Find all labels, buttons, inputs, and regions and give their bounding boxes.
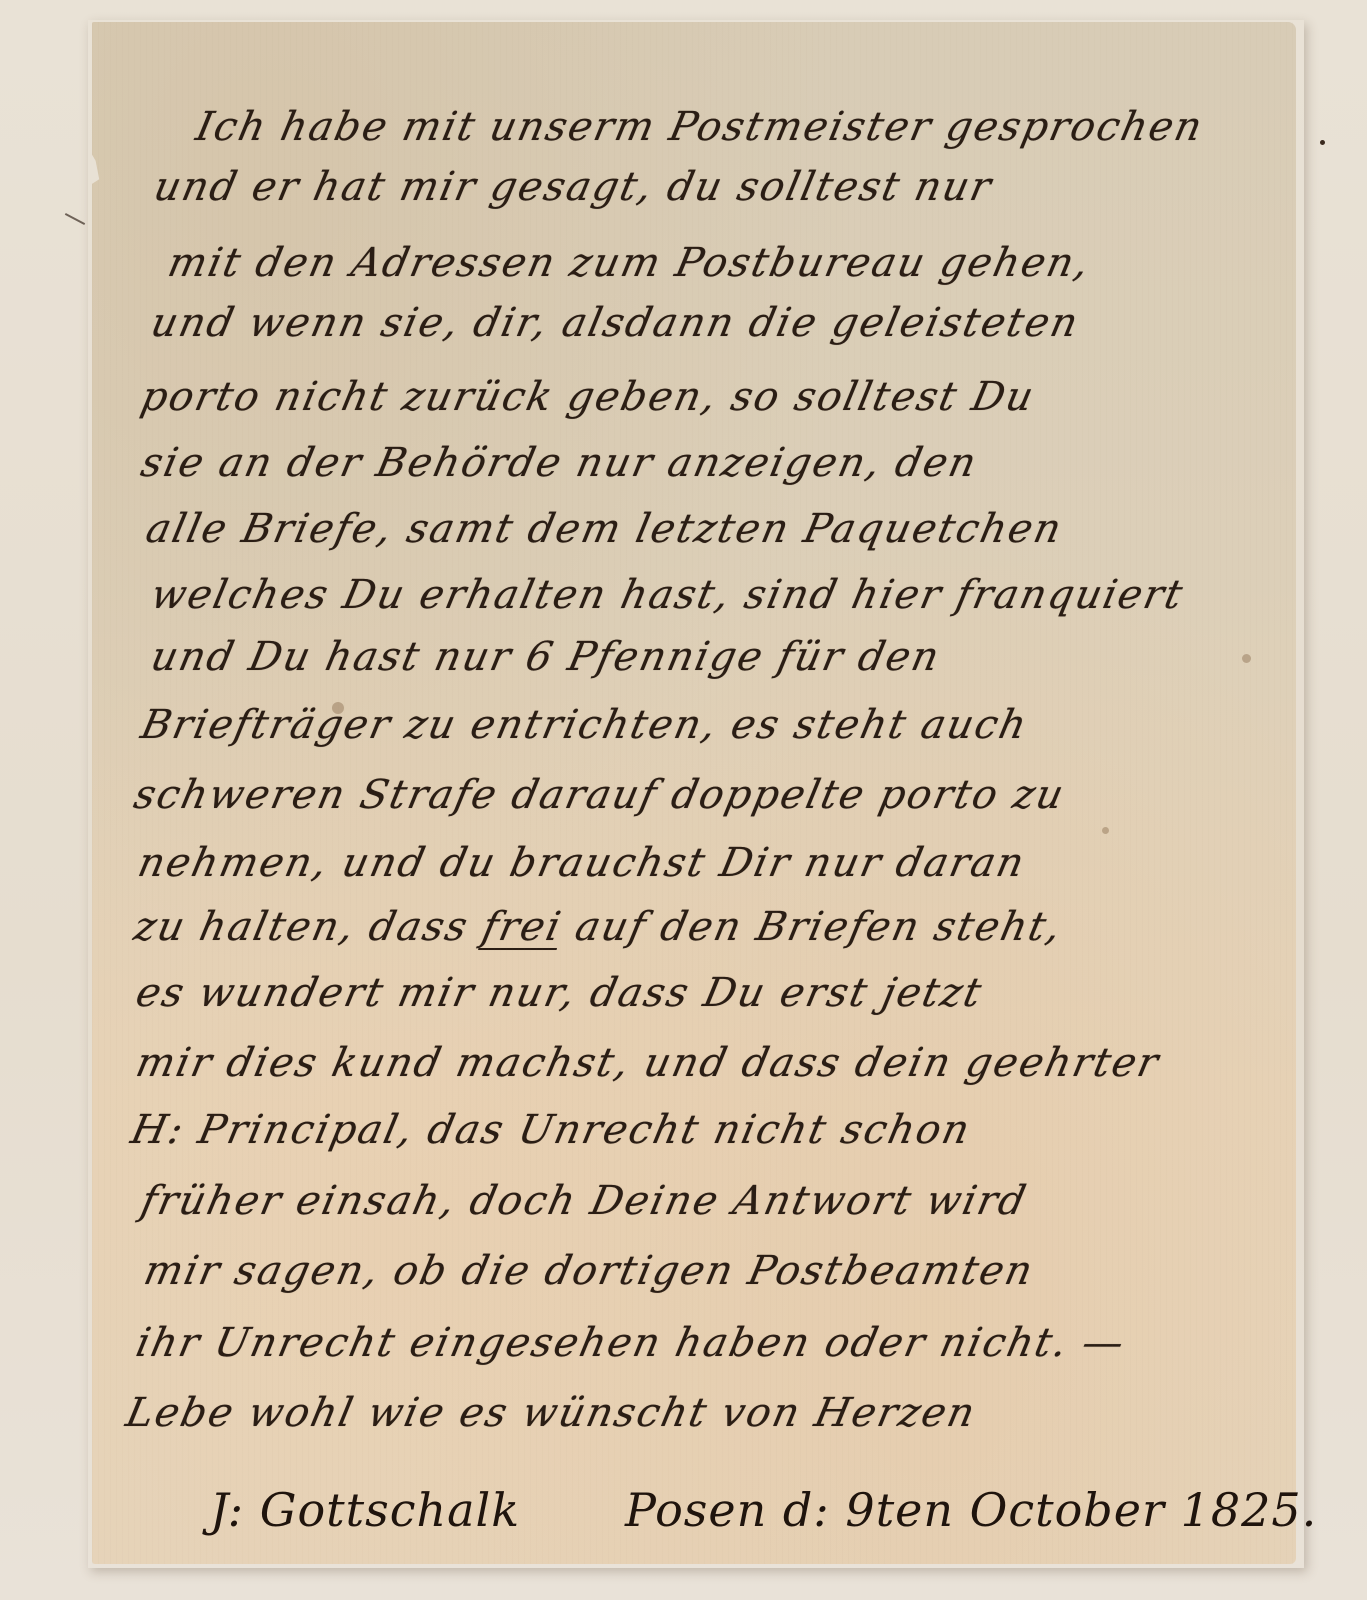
paper-stain bbox=[1242, 654, 1251, 663]
letter-line-7: alle Briefe, samt dem letzten Paquetchen bbox=[142, 506, 1067, 552]
letter-line-15: mir dies kund machst, und dass dein geeh… bbox=[132, 1040, 1164, 1086]
letter-line-10: Briefträger zu entrichten, es steht auch bbox=[137, 702, 1032, 748]
letter-line-9: und Du hast nur 6 Pfennige für den bbox=[147, 634, 945, 680]
underlined-word: frei bbox=[478, 904, 566, 950]
letter-line-8: welches Du erhalten hast, sind hier fran… bbox=[147, 572, 1188, 618]
letter-line-17: früher einsah, doch Deine Antwort wird bbox=[137, 1178, 1031, 1224]
letter-line-18: mir sagen, ob die dortigen Postbeamten bbox=[140, 1248, 1038, 1294]
place-and-date: Posen d: 9ten October 1825. bbox=[625, 1483, 1317, 1537]
letter-line-16: H: Principal, das Unrecht nicht schon bbox=[127, 1107, 975, 1153]
letter-line-6: sie an der Behörde nur anzeigen, den bbox=[137, 440, 982, 486]
letter-line-3: mit den Adressen zum Postbureau gehen, bbox=[164, 240, 1095, 286]
letter-line-4: und wenn sie, dir, alsdann die geleistet… bbox=[147, 300, 1084, 346]
letter-line-20: Lebe wohl wie es wünscht von Herzen bbox=[122, 1390, 981, 1436]
letter-line-1: Ich habe mit unserm Postmeister gesproch… bbox=[192, 104, 1208, 150]
letter-sheet: Ich habe mit unserm Postmeister gesproch… bbox=[92, 22, 1296, 1564]
letter-line-14: es wundert mir nur, dass Du erst jetzt bbox=[132, 970, 987, 1016]
letter-line-11: schweren Strafe darauf doppelte porto zu bbox=[130, 772, 1069, 818]
ink-dot bbox=[1320, 140, 1325, 145]
letter-line-5: porto nicht zurück geben, so solltest Du bbox=[137, 374, 1039, 420]
signature: J: Gottschalk bbox=[210, 1483, 520, 1537]
letter-line-13: zu halten, dass frei auf den Briefen ste… bbox=[130, 904, 1067, 950]
stray-pencil-mark bbox=[65, 213, 85, 225]
letter-line-2: und er hat mir gesagt, du solltest nur bbox=[150, 164, 997, 210]
letter-line-19: ihr Unrecht eingesehen haben oder nicht.… bbox=[132, 1320, 1130, 1366]
paper-stain bbox=[1102, 827, 1109, 834]
letter-line-12: nehmen, und du brauchst Dir nur daran bbox=[134, 840, 1030, 886]
